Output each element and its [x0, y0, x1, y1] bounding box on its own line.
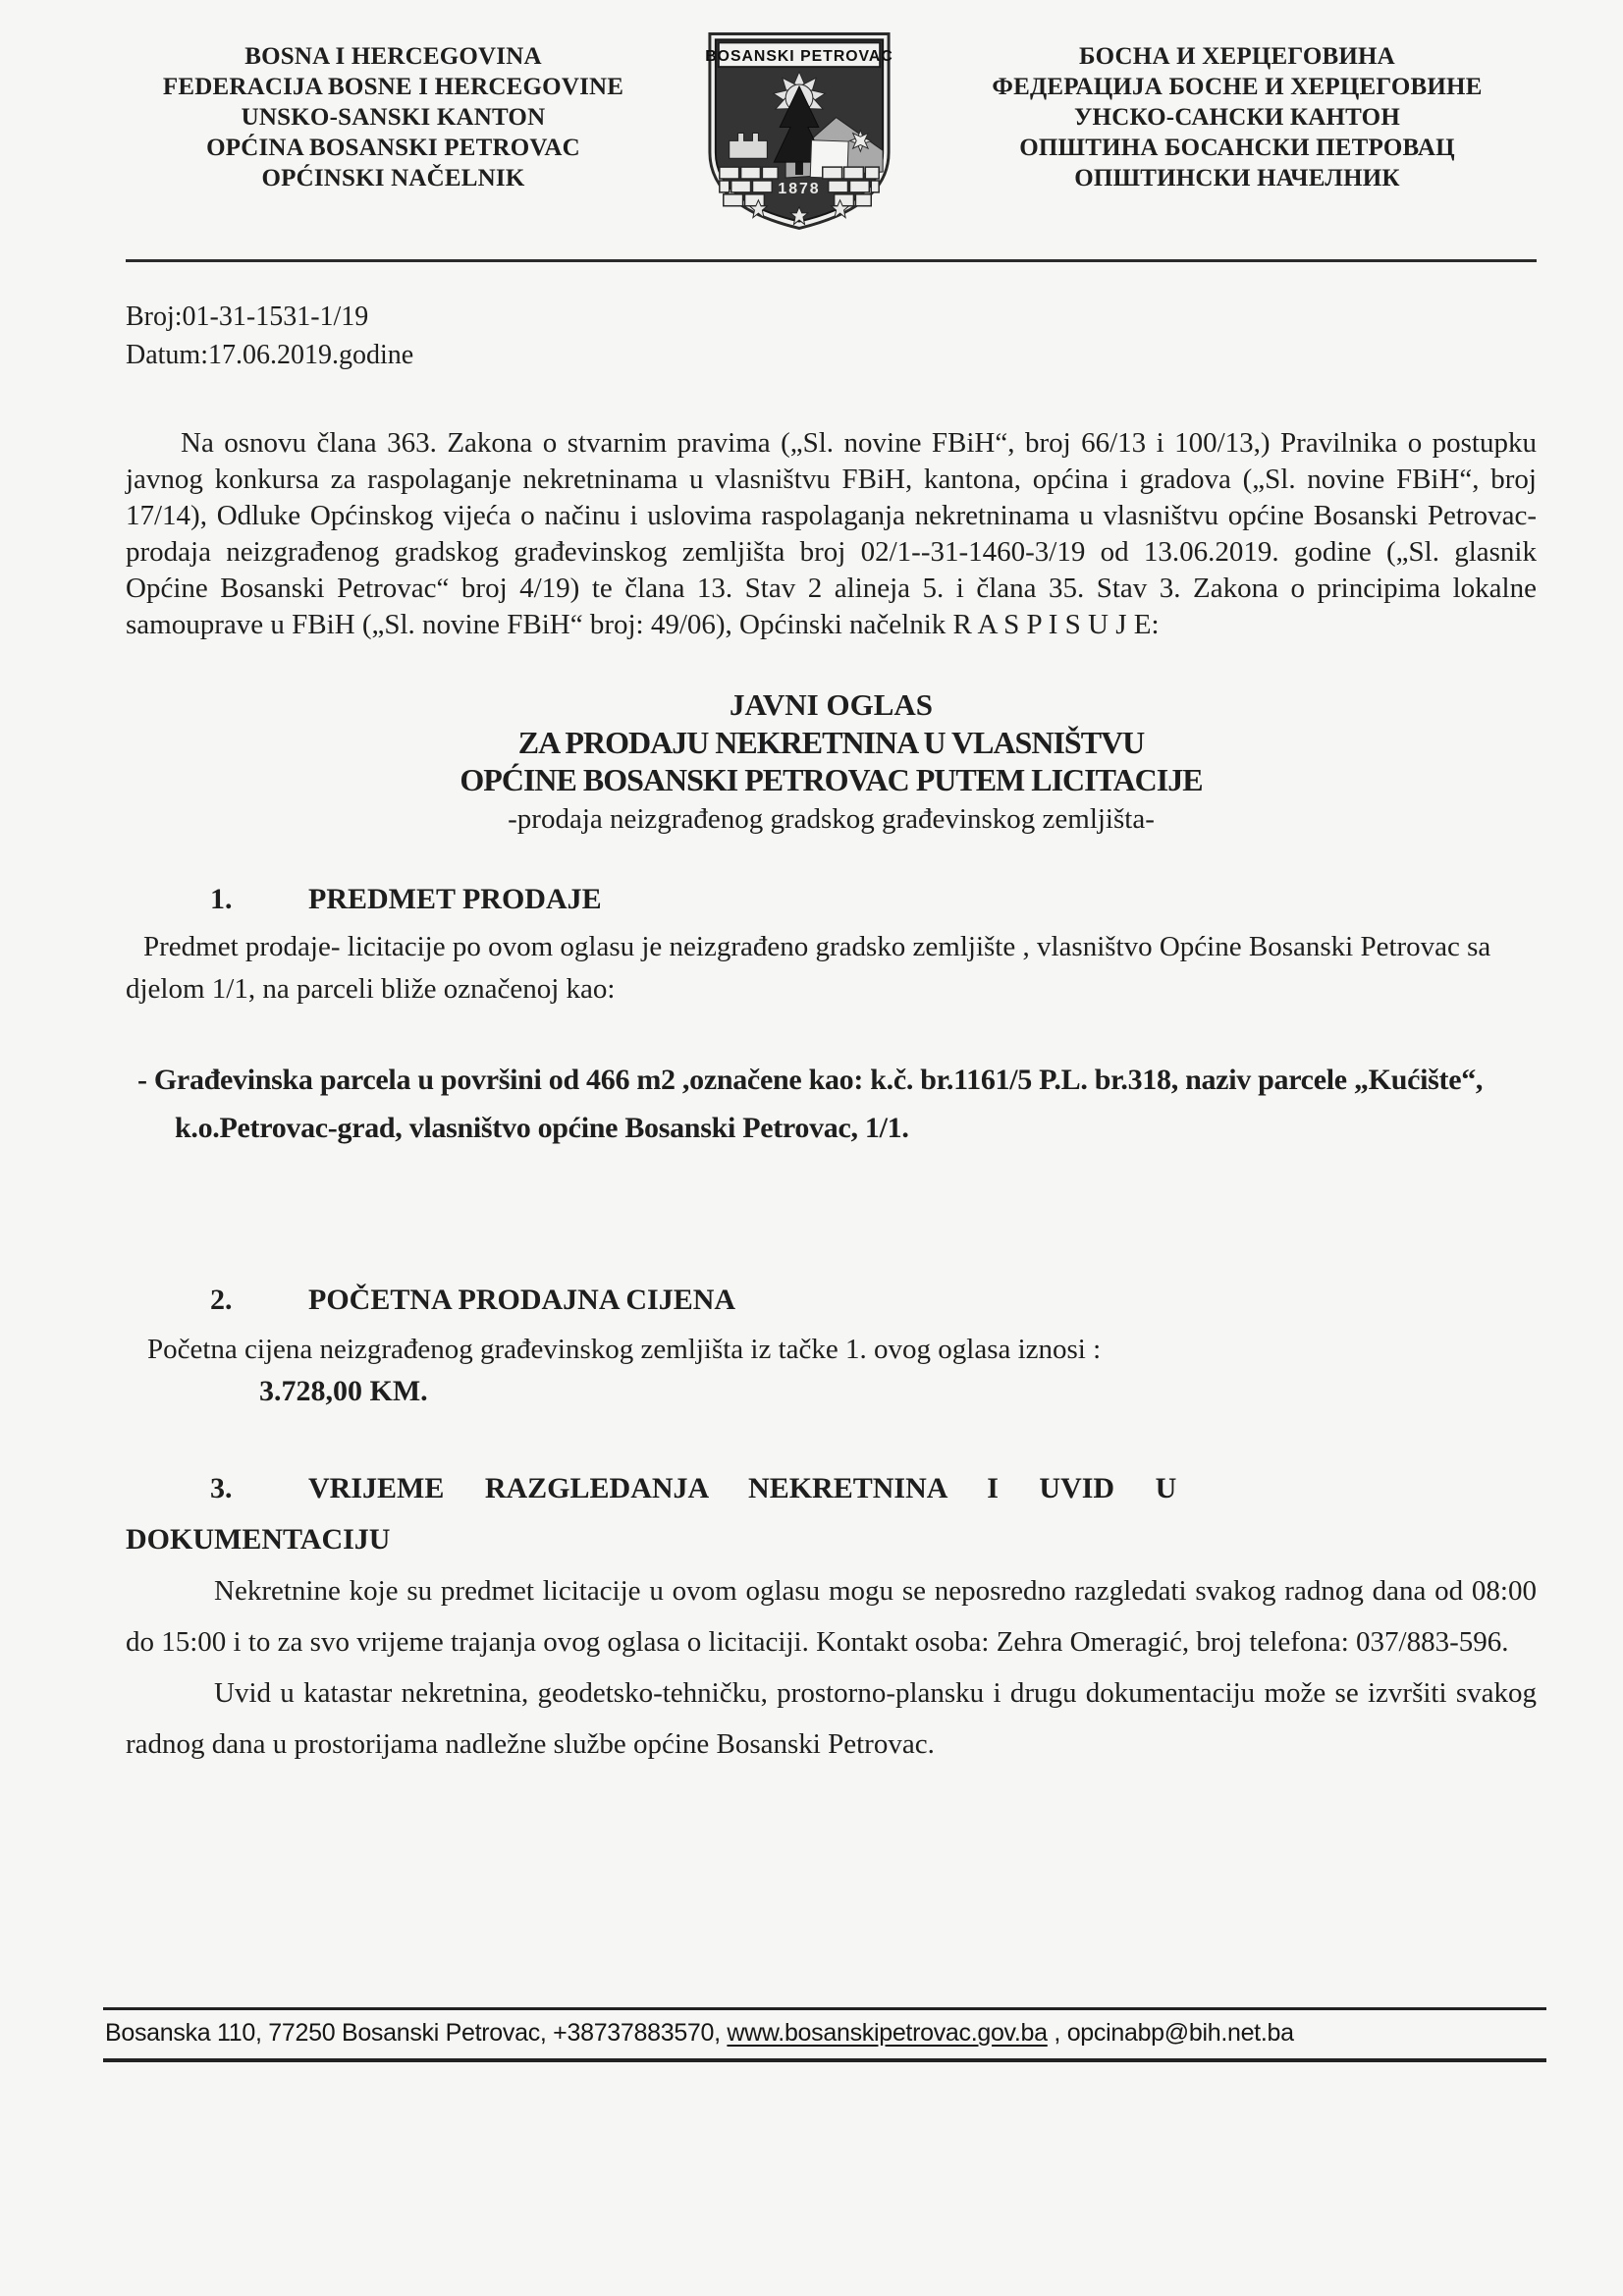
section-3-paragraph-cadastre: Uvid u katastar nekretnina, geodetsko-te… [126, 1667, 1537, 1770]
letterhead: BOSNA I HERCEGOVINA FEDERACIJA BOSNE I H… [126, 29, 1537, 234]
letterhead-line-mayor: OPĆINSKI NAČELNIK [126, 163, 661, 193]
section-1-heading: 1.PREDMET PRODAJE [126, 883, 1537, 916]
letterhead-cyr-line-federation: ФЕДЕРАЦИЈА БОСНЕ И ХЕРЦЕГОВИНЕ [938, 72, 1537, 102]
footer-address: Bosanska 110, 77250 Bosanski Petrovac, +… [105, 2019, 727, 2047]
letterhead-cyr-line-municipality: ОПШТИНА БОСАНСКИ ПЕТРОВАЦ [938, 133, 1537, 163]
notice-title-line3: OPĆINE BOSANSKI PETROVAC PUTEM LICITACIJ… [126, 761, 1537, 798]
section-2-heading: 2.POČETNA PRODAJNA CIJENA [126, 1284, 1537, 1317]
founding-year-text: 1878 [778, 181, 820, 197]
section-2-number: 2. [210, 1284, 308, 1317]
document-meta: Broj:01-31-1531-1/19 Datum:17.06.2019.go… [126, 298, 1537, 374]
section-3-paragraph-viewing: Nekretnine koje su predmet licitacije u … [126, 1565, 1537, 1667]
letterhead-cyr-line-country: БОСНА И ХЕРЦЕГОВИНА [938, 41, 1537, 72]
notice-title-line2: ZA PRODAJU NEKRETNINA U VLASNIŠTVU [126, 724, 1537, 761]
letterhead-line-country: BOSNA I HERCEGOVINA [126, 41, 661, 72]
letterhead-cyrillic-block: БОСНА И ХЕРЦЕГОВИНА ФЕДЕРАЦИЈА БОСНЕ И Х… [938, 29, 1537, 193]
banner-text: BOSANSKI PETROVAC [705, 48, 893, 65]
footer-email: opcinabp@bih.net.ba [1067, 2019, 1294, 2047]
letterhead-line-federation: FEDERACIJA BOSNE I HERCEGOVINE [126, 72, 661, 102]
starting-price: 3.728,00 KM. [126, 1375, 1537, 1408]
section-3-title-line1: VRIJEME RAZGLEDANJA NEKRETNINA I UVID U [308, 1472, 1176, 1504]
document-date: Datum:17.06.2019.godine [126, 336, 1537, 374]
notice-title-block: JAVNI OGLAS ZA PRODAJU NEKRETNINA U VLAS… [126, 686, 1537, 838]
notice-subtitle: -prodaja neizgrađenog gradskog građevins… [126, 800, 1537, 838]
section-3-title-line2: DOKUMENTACIJU [126, 1514, 1537, 1565]
section-1-body: Predmet prodaje- licitacije po ovom ogla… [126, 926, 1537, 1011]
footer-separator: , [1048, 2019, 1067, 2047]
document-number: Broj:01-31-1531-1/19 [126, 298, 1537, 336]
letterhead-line-canton: UNSKO-SANSKI KANTON [126, 102, 661, 133]
section-3: 3.VRIJEME RAZGLEDANJA NEKRETNINA I UVID … [126, 1463, 1537, 1770]
scanned-document-page: BOSNA I HERCEGOVINA FEDERACIJA BOSNE I H… [0, 0, 1623, 2296]
footer-contact-bar: Bosanska 110, 77250 Bosanski Petrovac, +… [103, 2007, 1546, 2062]
section-3-heading: 3.VRIJEME RAZGLEDANJA NEKRETNINA I UVID … [126, 1463, 1537, 1514]
section-1-number: 1. [210, 883, 308, 916]
letterhead-latin-block: BOSNA I HERCEGOVINA FEDERACIJA BOSNE I H… [126, 29, 661, 193]
municipal-coat-of-arms: BOSANSKI PETROVAC [702, 24, 896, 234]
letterhead-line-municipality: OPĆINA BOSANSKI PETROVAC [126, 133, 661, 163]
section-2-title: POČETNA PRODAJNA CIJENA [308, 1284, 735, 1316]
letterhead-cyr-line-mayor: ОПШТИНСКИ НАЧЕЛНИК [938, 163, 1537, 193]
section-1-title: PREDMET PRODAJE [308, 883, 602, 915]
letterhead-cyr-line-canton: УНСКО-САНСКИ КАНТОН [938, 102, 1537, 133]
legal-basis-paragraph: Na osnovu člana 363. Zakona o stvarnim p… [126, 425, 1537, 643]
section-2: 2.POČETNA PRODAJNA CIJENA Početna cijena… [126, 1284, 1537, 1408]
section-3-number: 3. [210, 1463, 308, 1514]
section-2-body: Početna cijena neizgrađenog građevinskog… [126, 1329, 1537, 1371]
header-divider [126, 259, 1537, 262]
notice-title-line1: JAVNI OGLAS [126, 686, 1537, 724]
footer-website-link[interactable]: www.bosanskipetrovac.gov.ba [727, 2019, 1047, 2047]
parcel-item: - Građevinska parcela u površini od 466 … [126, 1056, 1537, 1152]
section-1: 1.PREDMET PRODAJE Predmet prodaje- licit… [126, 883, 1537, 1152]
